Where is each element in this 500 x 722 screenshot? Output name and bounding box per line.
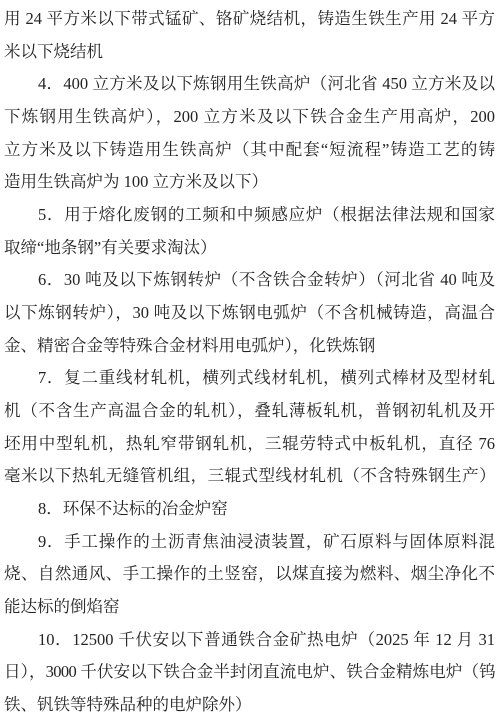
text-line: 铁、钒铁等特殊品种的电炉除外）	[4, 689, 495, 722]
text-line: 能达标的倒焰窑	[4, 591, 495, 624]
text-line: 用 24 平方米以下带式锰矿、铬矿烧结机，铸造生铁生产用 24 平方	[4, 3, 495, 36]
text-line: 立方米及以下铸造用生铁高炉（其中配套“短流程”铸造工艺的铸	[4, 134, 495, 167]
text-line: 以下炼钢转炉），30 吨及以下炼钢电弧炉（不含机械铸造，高温合	[4, 297, 495, 330]
text-line: 6．30 吨及以下炼钢转炉（不含铁合金转炉）（河北省 40 吨及	[4, 264, 495, 297]
document-page: 用 24 平方米以下带式锰矿、铬矿烧结机，铸造生铁生产用 24 平方 米以下烧结…	[0, 0, 500, 722]
text-line: 机（不含生产高温合金的轧机），叠轧薄板轧机，普钢初轧机及开	[4, 395, 495, 428]
text-line: 9．手工操作的土沥青焦油浸渍装置，矿石原料与固体原料混	[4, 526, 495, 559]
text-line: 毫米以下热轧无缝管机组，三辊式型线材轧机（不含特殊钢生产）	[4, 460, 495, 493]
text-line: 10．12500 千伏安以下普通铁合金矿热电炉（2025 年 12 月 31	[4, 624, 495, 657]
text-line: 8．环保不达标的冶金炉窑	[4, 493, 495, 526]
text-line: 造用生铁高炉为 100 立方米及以下）	[4, 166, 495, 199]
text-line: 7．复二重线材轧机，横列式线材轧机，横列式棒材及型材轧	[4, 362, 495, 395]
text-line: 4．400 立方米及以下炼钢用生铁高炉（河北省 450 立方米及以	[4, 68, 495, 101]
text-line: 金、精密合金等特殊合金材料用电弧炉），化铁炼钢	[4, 330, 495, 363]
text-line: 取缔“地条钢”有关要求淘汰）	[4, 232, 495, 265]
text-line: 坯用中型轧机，热轧窄带钢轧机，三辊劳特式中板轧机，直径 76	[4, 428, 495, 461]
text-line: 日），3000 千伏安以下铁合金半封闭直流电炉、铁合金精炼电炉（钨	[4, 656, 495, 689]
text-line: 下炼钢用生铁高炉），200 立方米及以下铁合金生产用高炉，200	[4, 101, 495, 134]
text-line: 5．用于熔化废钢的工频和中频感应炉（根据法律法规和国家	[4, 199, 495, 232]
text-line: 烧、自然通风、手工操作的土竖窑，以煤直接为燃料、烟尘净化不	[4, 558, 495, 591]
text-line: 米以下烧结机	[4, 36, 495, 69]
